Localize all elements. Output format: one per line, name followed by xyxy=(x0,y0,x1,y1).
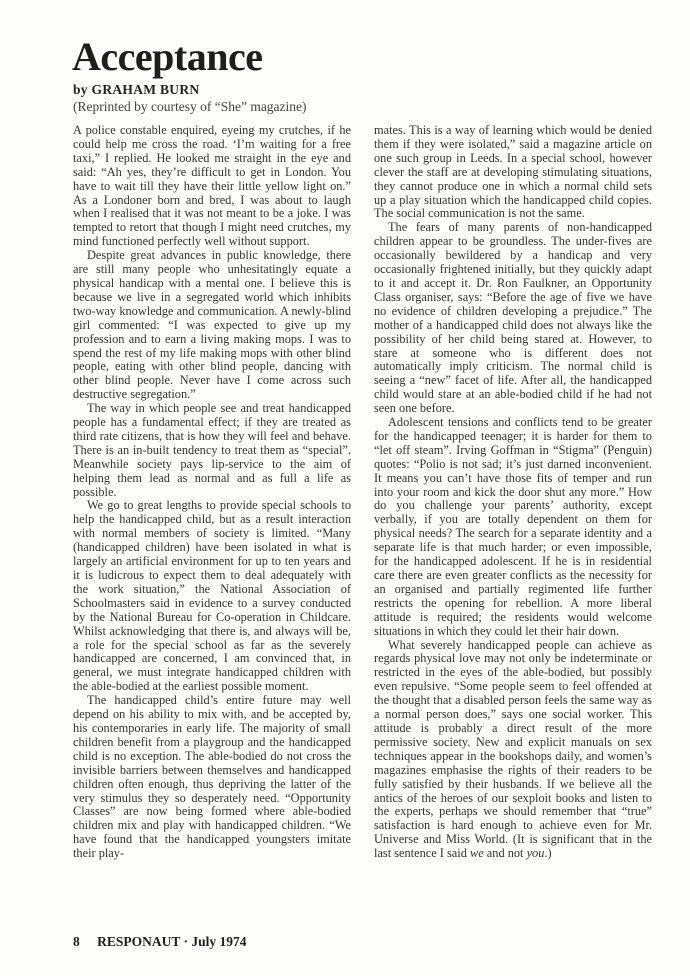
paragraph: The handicapped child’s entire future ma… xyxy=(73,694,351,861)
paragraph: Adolescent tensions and conflicts tend t… xyxy=(374,416,652,639)
paragraph: A police constable enquired, eyeing my c… xyxy=(73,124,351,249)
paragraph: Despite great advances in public knowled… xyxy=(73,249,351,402)
article-credit: (Reprinted by courtesy of “She” magazine… xyxy=(73,99,307,115)
paragraph-text: and not xyxy=(484,846,527,860)
paragraph-text: What severely handicapped people can ach… xyxy=(374,638,652,861)
paragraph: We go to great lengths to provide specia… xyxy=(73,499,351,694)
article-byline: by GRAHAM BURN xyxy=(73,82,199,98)
paragraph-text: .) xyxy=(544,846,551,860)
paragraph: mates. This is a way of learning which w… xyxy=(374,124,652,221)
article-title: Acceptance xyxy=(72,34,262,80)
paragraph: The fears of many parents of non-handica… xyxy=(374,221,652,416)
left-column: A police constable enquired, eyeing my c… xyxy=(73,124,351,861)
emphasis-we: we xyxy=(470,846,484,860)
emphasis-you: you xyxy=(527,846,545,860)
paragraph-final: What severely handicapped people can ach… xyxy=(374,639,652,862)
page-footer: 8 RESPONAUT · July 1974 xyxy=(73,934,247,950)
page-number: 8 xyxy=(73,934,80,949)
publication-info: RESPONAUT · July 1974 xyxy=(97,934,246,949)
paragraph: The way in which people see and treat ha… xyxy=(73,402,351,499)
right-column: mates. This is a way of learning which w… xyxy=(374,124,652,861)
